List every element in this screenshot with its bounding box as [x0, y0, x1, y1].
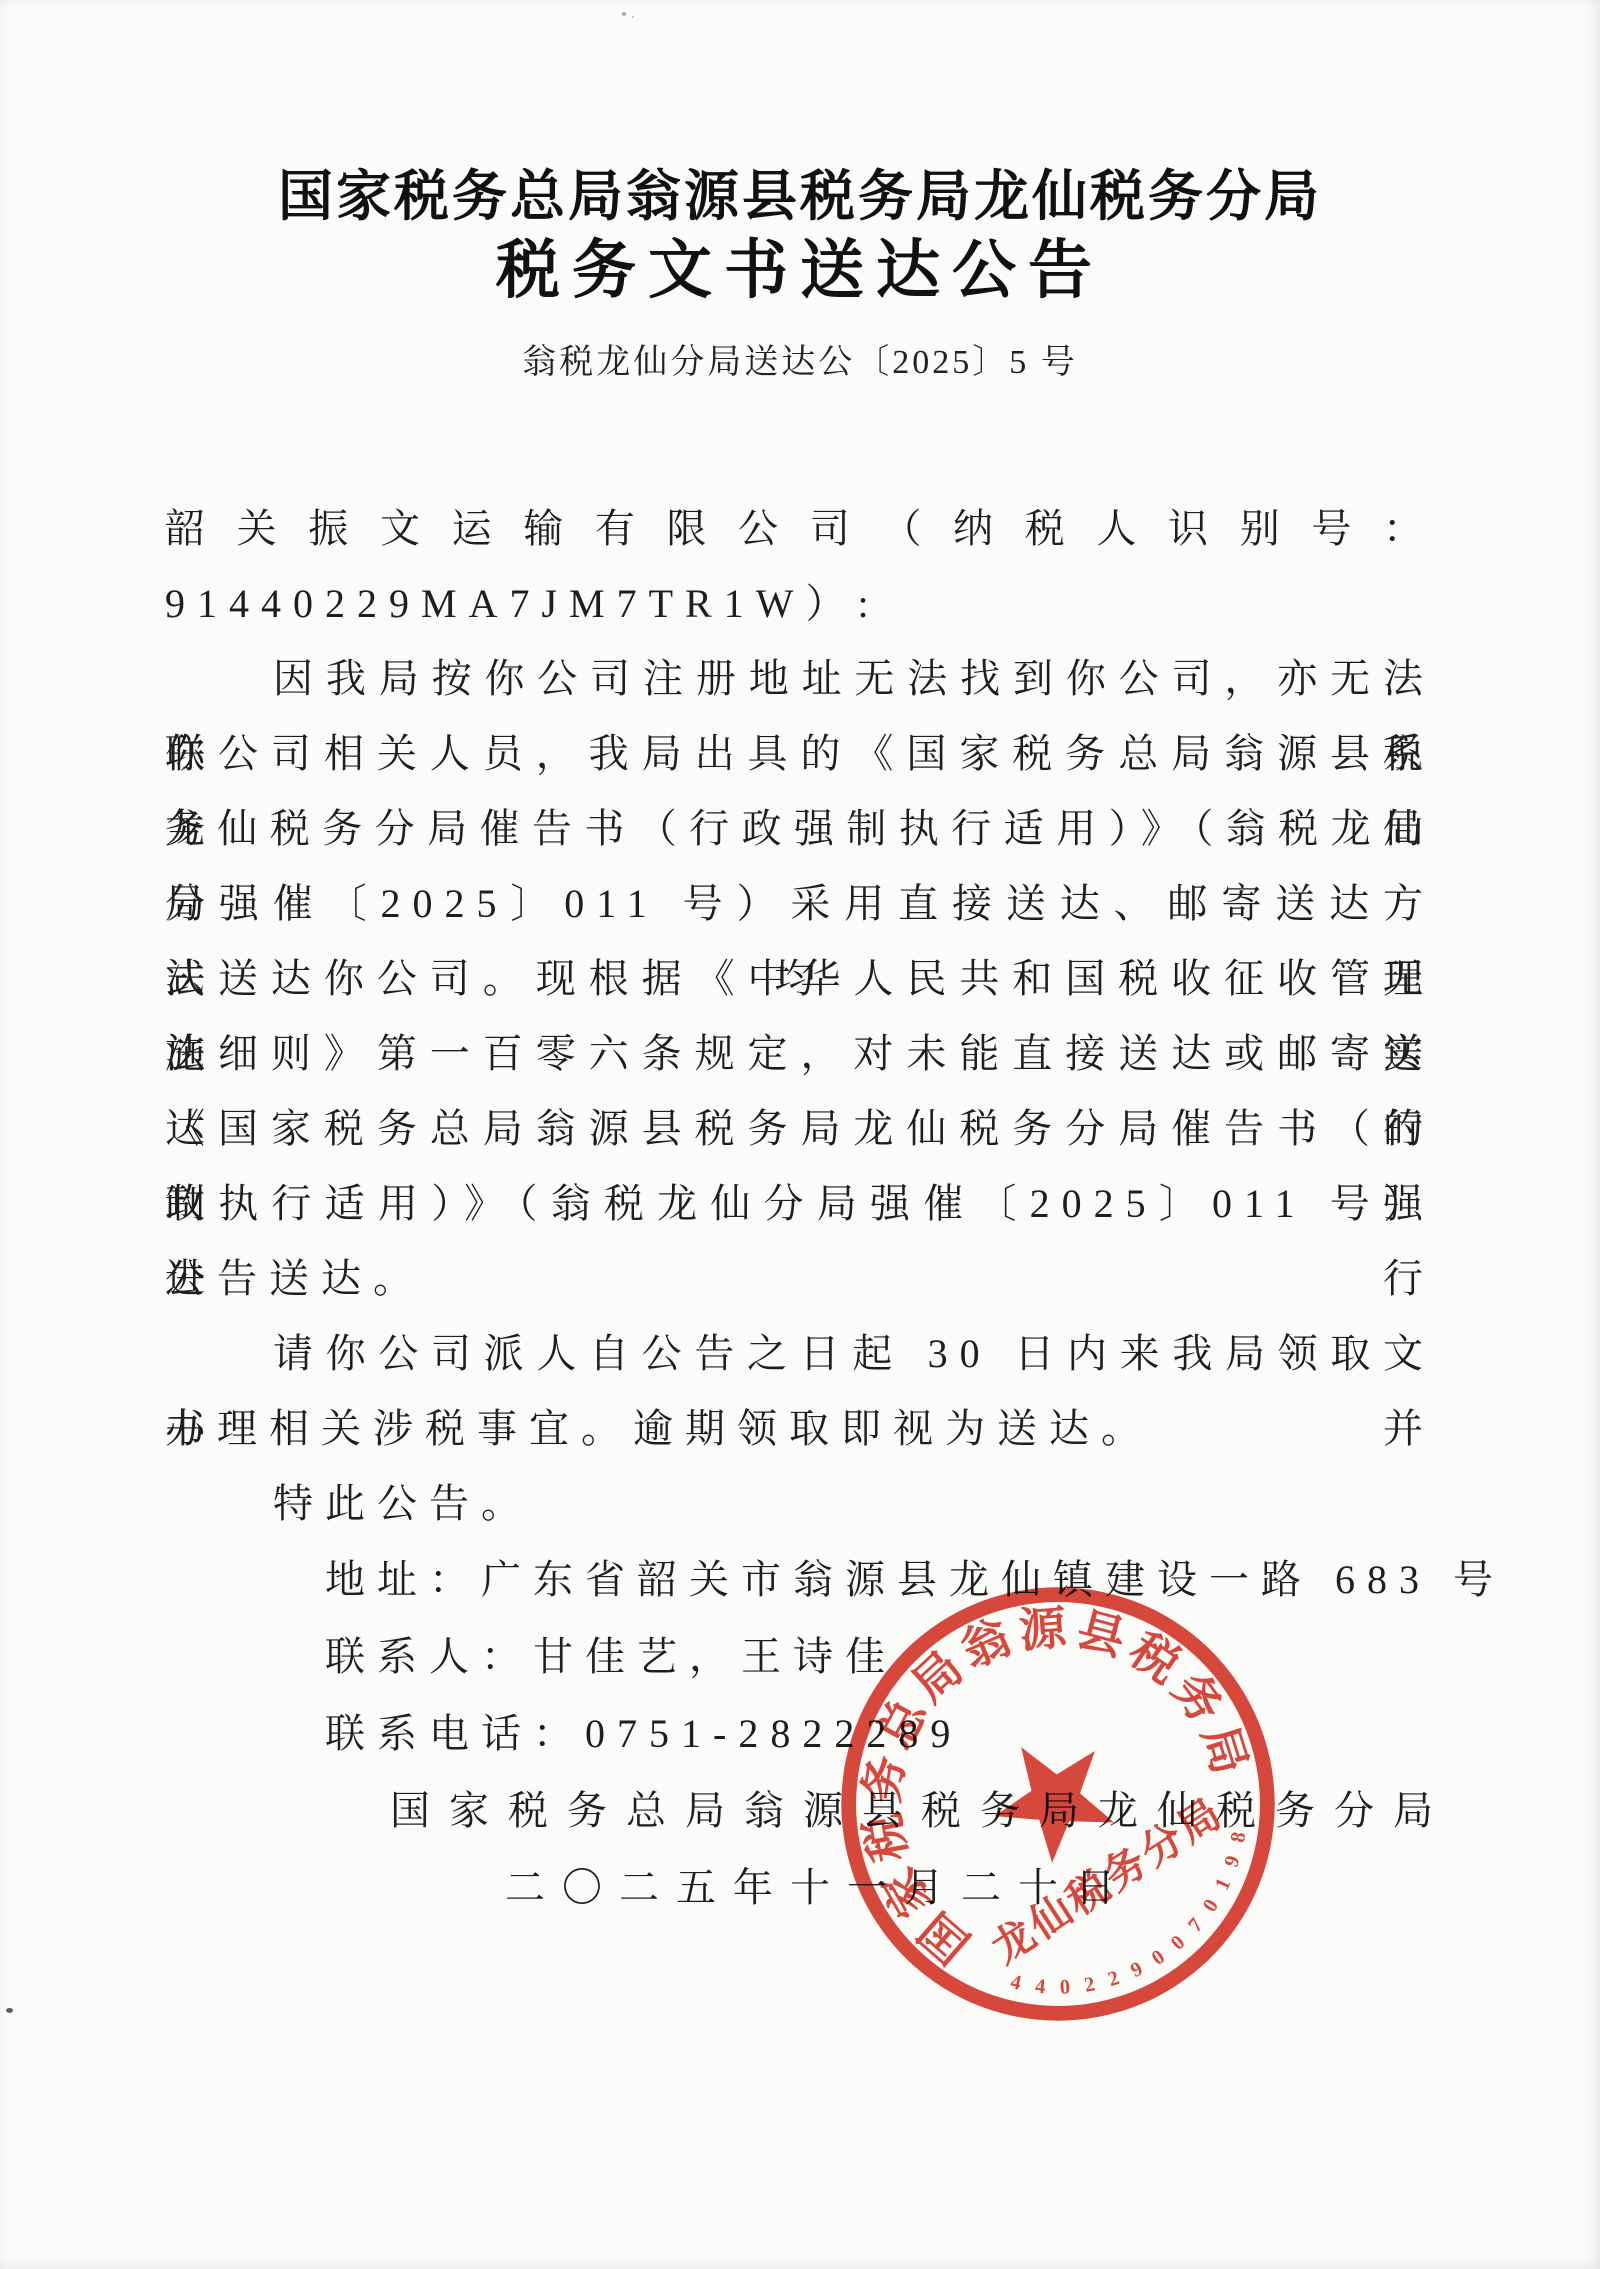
tax-notice-document: 国家税务总局翁源县税务局龙仙税务分局 税务文书送达公告 翁税龙仙分局送达公〔20…: [0, 0, 1600, 2269]
body-line: 龙仙税务分局催告书（行政强制执行适用）》（翁税龙仙分: [165, 791, 1435, 866]
scan-artifact: [622, 12, 626, 16]
scan-speck: [6, 2008, 13, 2013]
taxpayer-id-line: 91440229MA7JM7TR1W）:: [165, 566, 1435, 641]
document-number: 翁税龙仙分局送达公〔2025〕5 号: [0, 334, 1600, 383]
body-line: 施细则》第一百零六条规定，对未能直接送达或邮寄送达的: [165, 1016, 1435, 1091]
document-title-line1: 国家税务总局翁源县税务局龙仙税务分局: [0, 0, 1600, 232]
body-line: 制执行适用）》（翁税龙仙分局强催〔2025〕011 号）进行: [165, 1166, 1435, 1241]
body-line: 因我局按你公司注册地址无法找到你公司，亦无法联系: [165, 641, 1435, 716]
body-line: 你公司相关人员，我局出具的《国家税务总局翁源县税务局: [165, 716, 1435, 791]
recipient-line: 韶关振文运输有限公司（纳税人识别号：: [165, 491, 1435, 566]
body-line: 法送达你公司。现根据《中华人民共和国税收征收管理法实: [165, 941, 1435, 1016]
body-line: 《国家税务总局翁源县税务局龙仙税务分局催告书（行政强: [165, 1091, 1435, 1166]
contact-address: 地址：广东省韶关市翁源县龙仙镇建设一路 683 号: [325, 1541, 1435, 1618]
body-line: 请你公司派人自公告之日起 30 日内来我局领取文书并: [165, 1316, 1435, 1391]
body-line: 局强催〔2025〕011 号）采用直接送达、邮寄送达方式均无: [165, 866, 1435, 941]
closing-line: 特此公告。: [165, 1466, 1435, 1541]
document-title-line2: 税务文书送达公告: [0, 232, 1600, 308]
